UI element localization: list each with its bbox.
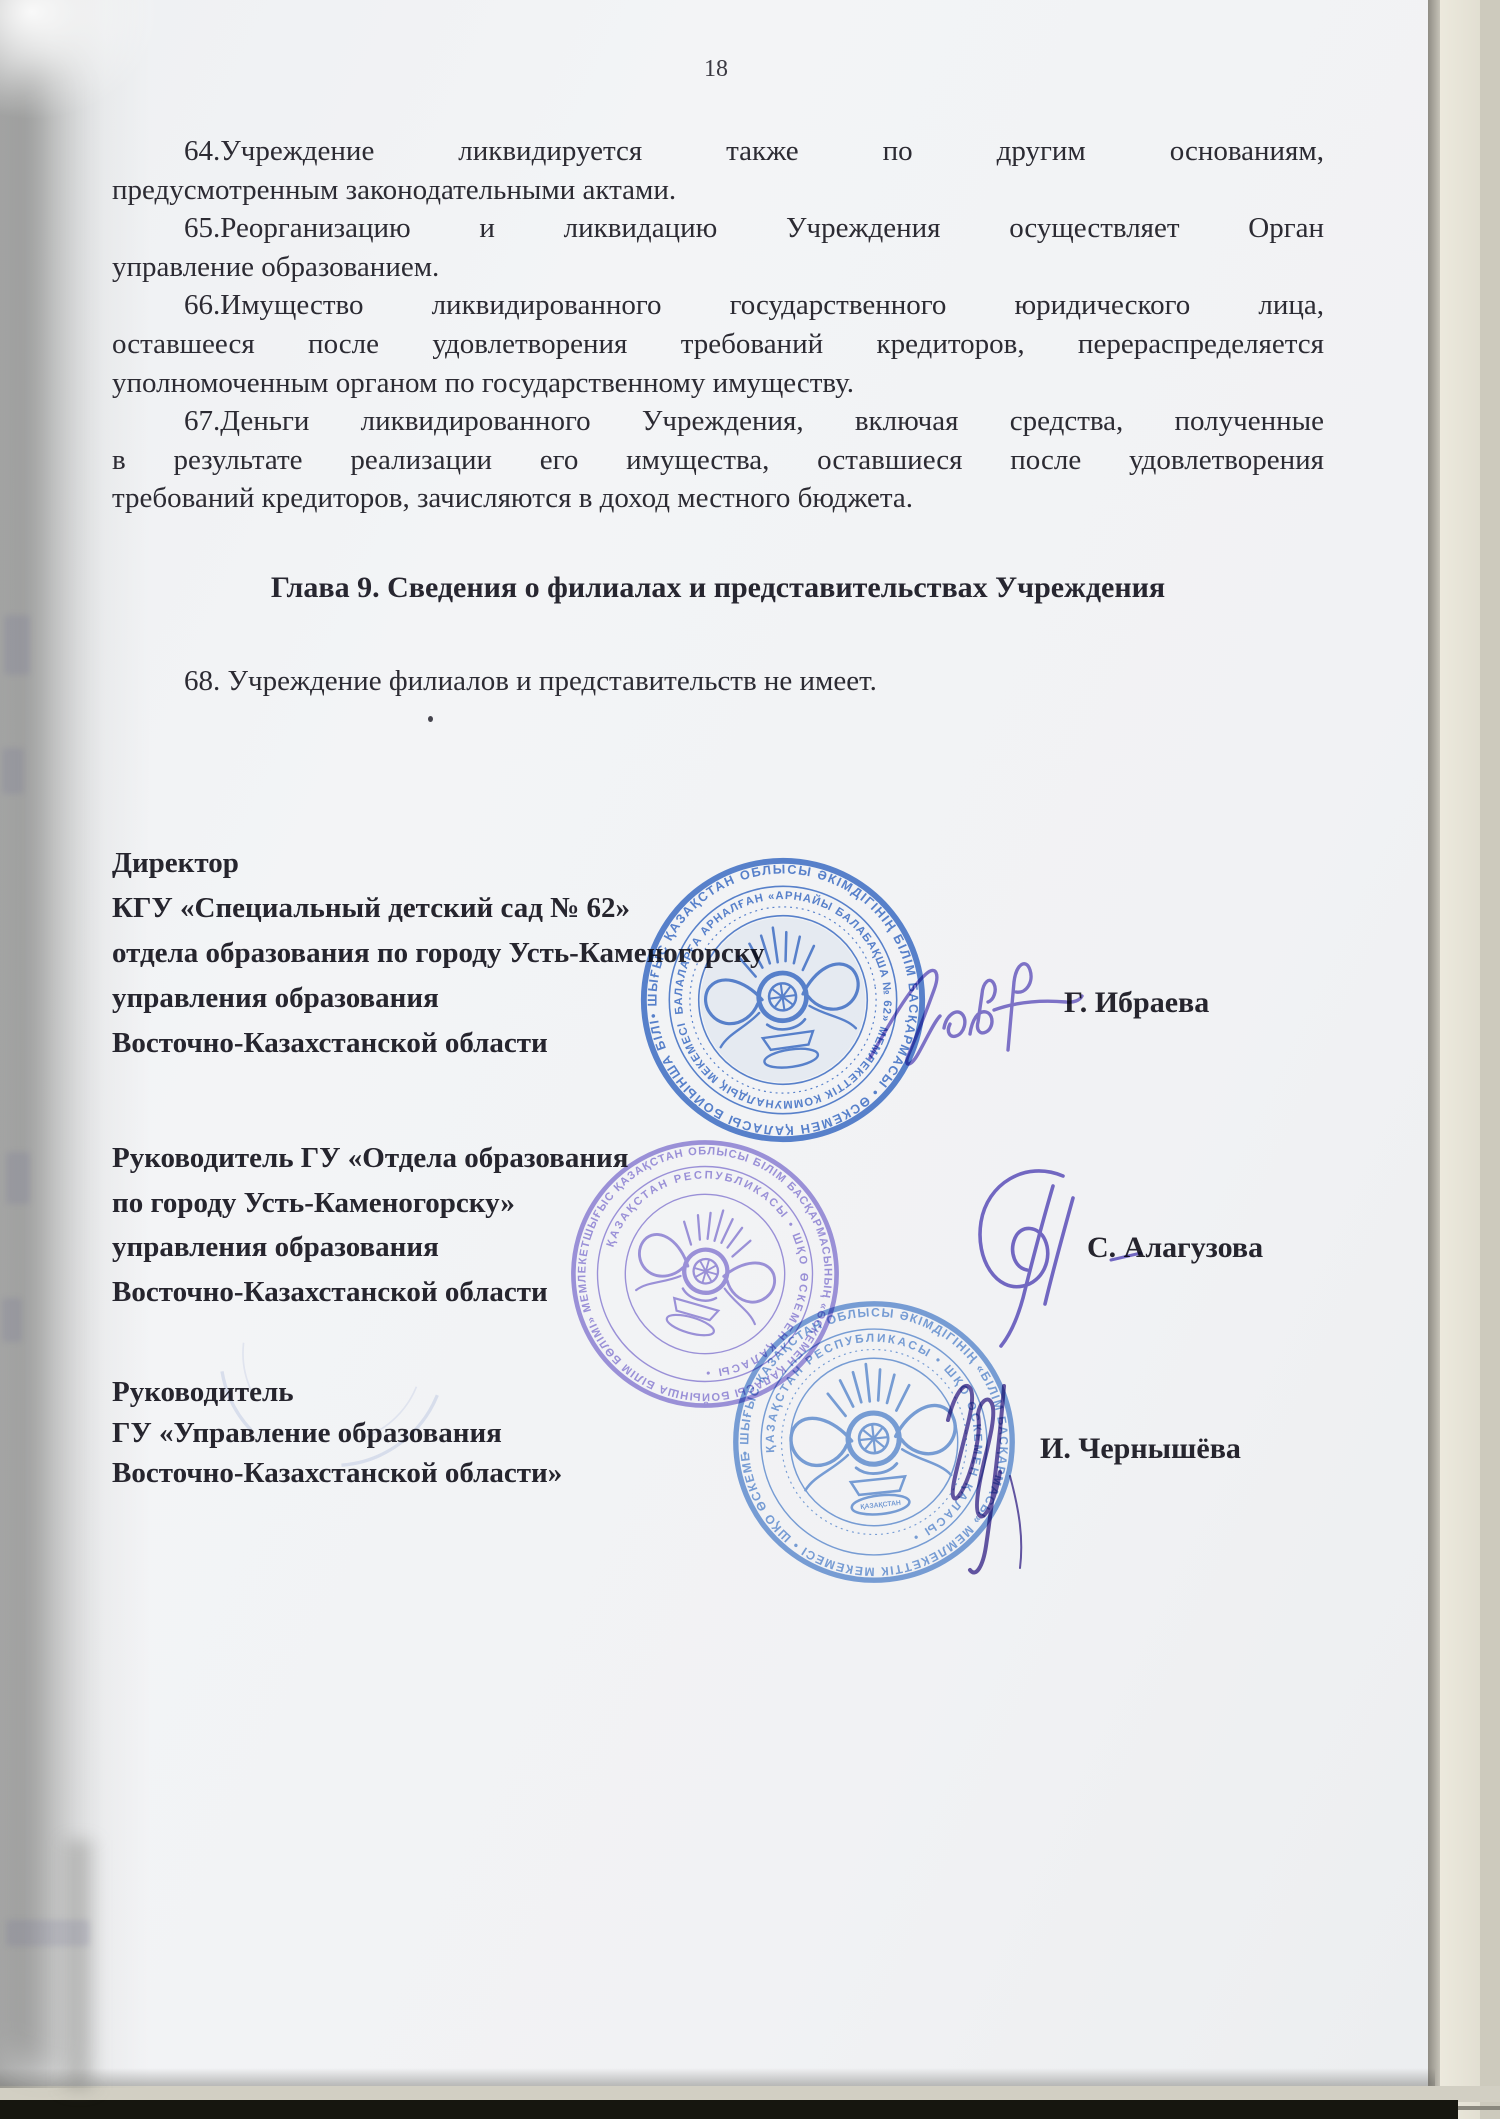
paragraph-64-line: предусмотренным законодательными актами.: [112, 171, 1324, 210]
bleed-through-mark: [2, 1298, 22, 1342]
bleed-through-mark: [4, 615, 30, 675]
paragraph-65-line: 65.Реорганизацию и ликвидацию Учреждения…: [112, 209, 1324, 248]
paragraph-64-line: 64.Учреждение ликвидируется также по дру…: [112, 132, 1324, 171]
document-body: 64.Учреждение ликвидируется также по дру…: [112, 132, 1324, 518]
book-spine-shadow-core: [10, 60, 80, 2070]
paragraph-67-line: 67.Деньги ликвидированного Учреждения, в…: [112, 402, 1324, 441]
paragraph-67-line: требований кредиторов, зачисляются в дох…: [112, 479, 1324, 518]
bleed-through-mark: [6, 1920, 90, 1946]
underlying-page-edge: [1440, 0, 1480, 2119]
scan-dark-strip-tail: [1458, 2106, 1500, 2110]
paragraph-67-line: в результате реализации его имущества, о…: [112, 441, 1324, 480]
paragraph-65-line: управление образованием.: [112, 248, 1324, 287]
paragraph-66-line: оставшееся после удовлетворения требован…: [112, 325, 1324, 364]
handwritten-signature-chernysheva: [918, 1356, 1058, 1596]
seal-emblem-banner: ҚАЗАҚСТАН: [860, 1500, 901, 1511]
paragraph-66-line: 66.Имущество ликвидированного государств…: [112, 286, 1324, 325]
bleed-through-mark: [2, 748, 24, 794]
page-number: 18: [0, 50, 1432, 89]
paper-fold-shadow: [58, 1840, 100, 2090]
bleed-through-mark: [6, 1152, 30, 1204]
signer-name-chernysheva: И. Чернышёва: [1040, 1432, 1241, 1466]
chapter-heading: Глава 9. Сведения о филиалах и представи…: [112, 571, 1324, 605]
page-right-edge-shadow: [1428, 0, 1440, 2119]
scanner-background: [1480, 0, 1500, 2119]
signature-block-line: по городу Усть-Каменогорску»: [112, 1181, 628, 1226]
page-bottom-edge-shadow: [0, 2068, 1435, 2088]
paragraph-66-line: уполномоченным органом по государственно…: [112, 364, 1324, 403]
scanned-document-page: 18 64.Учреждение ликвидируется также по …: [0, 0, 1500, 2119]
scan-speck: [428, 716, 433, 722]
paragraph-68: 68. Учреждение филиалов и представительс…: [112, 662, 1324, 701]
handwritten-signature-ibraeva: [866, 930, 1086, 1080]
signature-block-line: Руководитель ГУ «Отдела образования: [112, 1136, 628, 1181]
scan-dark-strip: [0, 2100, 1458, 2119]
